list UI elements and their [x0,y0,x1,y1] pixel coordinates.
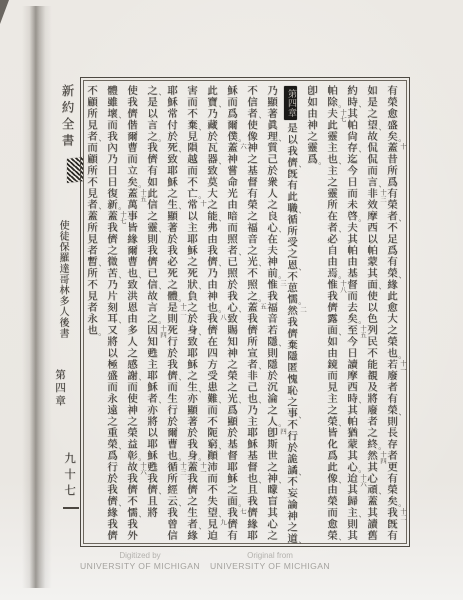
chapter-cartouche: 第四章 [284,86,297,120]
page-number: 九十七 [62,452,78,500]
scanned-book-page: 新約全書 使徒保羅達哥林多人後書 第四章 九十七 有榮愈盛矣。十蓋昔所爲有榮者、… [0,0,463,600]
original-org-label: UNIVERSITY OF MICHIGAN [185,561,355,572]
text-block-border: 有榮愈盛矣。十蓋昔所爲有榮者、不足爲有榮、緣此愈大之榮也。十一若廢者有榮、則長存… [80,77,410,547]
text-column: 乃顯著眞理、質己於衆人之良心、在夫神前。三惟我福音若隱、則隱於沉淪之人。四卽斯世… [261,85,281,539]
text-column: 耶穌常付於死、致耶穌之生、顯著於我必死之體。十二是則死行於我儕、而生行於爾曹也。… [161,85,181,539]
text-columns: 有榮愈盛矣。十蓋昔所爲有榮者、不足爲有榮、緣此愈大之榮也。十一若廢者有榮、則長存… [84,81,406,543]
text-column: 帕除。十七夫此靈主也、主之靈所在者、必自由焉。十八惟我儕露面、如由鏡而見主之榮、… [321,85,341,539]
text-block-inner-border: 有榮愈盛矣。十蓋昔所爲有榮者、不足爲有榮、緣此愈大之榮也。十一若廢者有榮、則長存… [83,80,407,544]
text-column: 有榮愈盛矣。十蓋昔所爲有榮者、不足爲有榮、緣此愈大之榮也。十一若廢者有榮、則長存… [381,85,401,539]
corner-mark [0,0,9,24]
book-title: 使徒保羅達哥林多人後書 [55,220,70,339]
original-from-label: Original from [185,551,355,561]
text-column: 約時、其帕尙存、迄今日而未啓。夫其帕由基督而去矣。十五至今日讀摩西時、其帕猶蒙其… [341,85,361,539]
text-column: 體雖壞、而我內乃日日復新。十七蓋我儕之微苦、乃片刻耳、又將以極盛而永遠之重榮、爲… [101,85,121,539]
original-imprint: Original from UNIVERSITY OF MICHIGAN [185,551,355,572]
text-column: 如是之望、故侃侃而言、十三非效摩西以帕蒙其面、使以色列民不能覩及將廢者之終。十四… [361,85,381,539]
text-column: 使我儕偕爾曹而立矣。十五蓋萬事皆緣爾曹也、致洪恩由多人之感謝、而使神之榮益彰。十… [121,85,141,539]
text-column: 不信者、使像神之基督有榮之福音之光、不照之。五蓋我儕所宣者、非己也、乃主耶穌基督… [241,85,261,539]
text-column: 穌而爲爾僕。六蓋神嘗命光由暗而照者、已照於我心、致賜知神之榮之光、爲顯於基督耶穌… [221,85,241,539]
text-column: 第四章是以我儕、旣有此職、循所受之恩、不葸懦。二然我儕棄隱匿愧恥之事、不行於詭譎… [281,85,301,539]
chapter-marker: 第四章 [53,369,68,408]
page-gutter-shadow [22,6,52,588]
series-title: 新約全書 [58,84,76,150]
text-column: 不顧所見者、而顧所不見者、蓋所見者暫、所不見者永也。 [81,85,101,539]
text-column: 卽如由神之靈爲。 [301,85,321,539]
margin-dash [63,507,79,509]
